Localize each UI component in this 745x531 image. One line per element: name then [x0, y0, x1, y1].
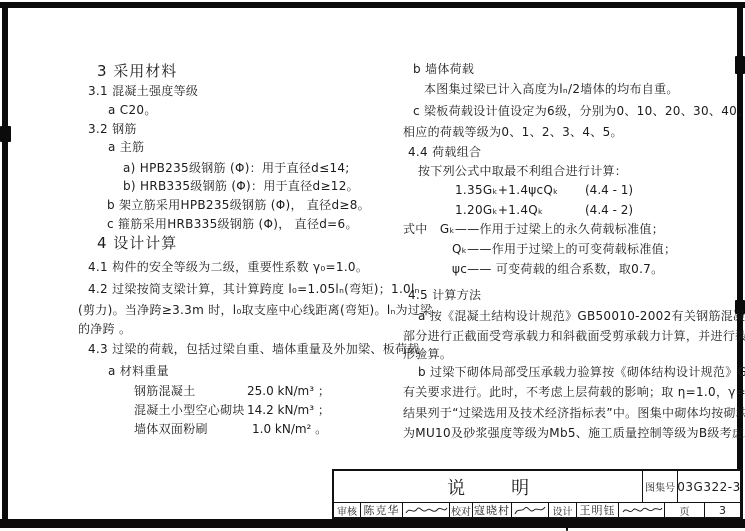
formula-expression: 1.20Gₖ+1.4Qₖ: [455, 202, 543, 218]
text-line: 按下列公式中取最不利组合进行计算：: [418, 163, 627, 179]
scan-artifact: [0, 126, 11, 142]
text-line: b 架立筋采用HPB235级钢筋 (Φ)， 直径d≥8。: [107, 197, 370, 213]
proof-label: 校对: [449, 503, 472, 517]
proof-signature: [511, 503, 548, 517]
atlas-number-label: 图集号: [642, 471, 677, 502]
atlas-number-value: 03G322-3: [677, 471, 740, 502]
frame-right-line: [737, 4, 743, 527]
formula-expression: 1.35Gₖ+1.4ψcQₖ: [455, 182, 559, 198]
material-name: 混凝土小型空心砌块: [134, 402, 245, 418]
text-line: ψc—— 可变荷载的组合系数，取0.7。: [452, 261, 663, 277]
text-line: Qₖ——作用于过梁上的可变荷载标准值；: [452, 241, 676, 257]
signature-scribble: [621, 504, 663, 517]
frame-left-line: [2, 4, 8, 527]
page-number: 3: [704, 503, 740, 517]
scan-artifact: [735, 56, 745, 74]
signature-scribble: [404, 504, 448, 517]
text-line: 4.2 过梁按简支梁计算，其计算跨度 l₀=1.05lₙ(弯矩)；1.0lₙ: [88, 281, 420, 297]
text-line: c 梁板荷载设计值设定为6级，分别为0、10、20、30、40、50(kN/m)…: [413, 103, 745, 119]
text-line: 4.5 计算方法: [408, 287, 481, 303]
formula-number: (4.4 - 2): [585, 202, 633, 218]
text-line: 式中 Gₖ——作用于过梁上的永久荷载标准值；: [403, 221, 664, 237]
text-line: a 按《混凝土结构设计规范》GB50010-2002有关钢筋混凝土受弯构件: [418, 308, 745, 324]
text-line: 3.1 混凝土强度等级: [88, 83, 198, 99]
title-block: 说明 图集号 03G322-3 审核 陈克华 校对: [332, 469, 742, 519]
text-line: 相应的荷载等级为0、1、2、3、4、5。: [403, 124, 623, 140]
scan-artifact: [566, 526, 568, 531]
text-line: b 过梁下砌体局部受压承载力验算按《砌体结构设计规范》GB50003-2001: [418, 364, 745, 380]
design-name: 王明钰: [576, 503, 618, 517]
text-line: 3.2 钢筋: [88, 121, 137, 137]
design-signature: [618, 503, 664, 517]
section-heading: 4 设计计算: [97, 233, 177, 253]
formula-number: (4.4 - 1): [585, 182, 633, 198]
text-line: 结果列于“过梁选用及技术经济指标表”中。图集中砌体均按砌块强度等级: [403, 405, 745, 421]
title-block-row-top: 说明 图集号 03G322-3: [334, 471, 740, 502]
text-line: 为MU10及砂浆强度等级为Mb5、施工质量控制等级为B级考虑。: [403, 425, 745, 441]
material-value: 25.0 kN/m³ ；: [247, 383, 330, 399]
text-line: 4.1 构件的安全等级为二级，重要性系数 γ₀=1.0。: [88, 259, 368, 275]
frame-bottom-line: [0, 519, 745, 528]
text-line: a 主筋: [108, 139, 144, 155]
frame-top-line: [0, 2, 745, 8]
material-name: 墙体双面粉刷: [134, 421, 208, 437]
text-line: 本图集过梁已计入高度为lₙ/2墙体的均布自重。: [424, 81, 679, 97]
text-line: 4.4 荷载组合: [408, 144, 481, 160]
section-heading: 3 采用材料: [97, 61, 177, 81]
text-line: a C20。: [108, 102, 157, 118]
page-label: 页: [664, 503, 704, 517]
text-line: (剪力)。当净跨≥3.3m 时，l₀取支座中心线距离(弯矩)。lₙ为过梁: [78, 302, 432, 318]
design-label: 设计: [548, 503, 576, 517]
material-name: 钢筋混凝土: [134, 383, 196, 399]
scanned-document-page: 3 采用材料 3.1 混凝土强度等级 a C20。 3.2 钢筋 a 主筋 a)…: [0, 0, 745, 531]
text-line: b) HRB335级钢筋 (Φ)：用于直径d≥12。: [123, 178, 359, 194]
material-value: 14.2 kN/m³ ；: [247, 402, 330, 418]
review-name: 陈克华: [360, 503, 402, 517]
text-line: 有关要求进行。此时，不考虑上层荷载的影响；取 η=1.0，γ=1.25。计算: [403, 384, 745, 400]
proof-name: 寇晓村: [472, 503, 511, 517]
text-line: 形验算。: [403, 346, 452, 362]
text-line: c 箍筋采用HRB335级钢筋 (Φ)， 直径d=6。: [107, 216, 358, 232]
text-line: 的净跨 。: [78, 321, 131, 337]
text-line: b 墙体荷载: [413, 61, 474, 77]
drawing-title-cell: 说明: [334, 471, 642, 502]
text-line: 4.3 过梁的荷载，包括过梁自重、墙体重量及外加梁、板荷载。: [88, 341, 432, 357]
text-line: a) HPB235级钢筋 (Φ)：用于直径d≤14;: [123, 160, 350, 176]
signature-scribble: [513, 504, 547, 517]
review-label: 审核: [334, 503, 360, 517]
text-line: a 材料重量: [108, 363, 169, 379]
text-line: 部分进行正截面受弯承载力和斜截面受剪承载力计算，并进行裂缝及变: [403, 328, 745, 344]
material-value: 1.0 kN/m² 。: [252, 421, 327, 437]
title-block-row-bottom: 审核 陈克华 校对 寇晓村 设计: [334, 502, 740, 517]
drawing-title: 说明: [447, 474, 575, 500]
review-signature: [402, 503, 449, 517]
